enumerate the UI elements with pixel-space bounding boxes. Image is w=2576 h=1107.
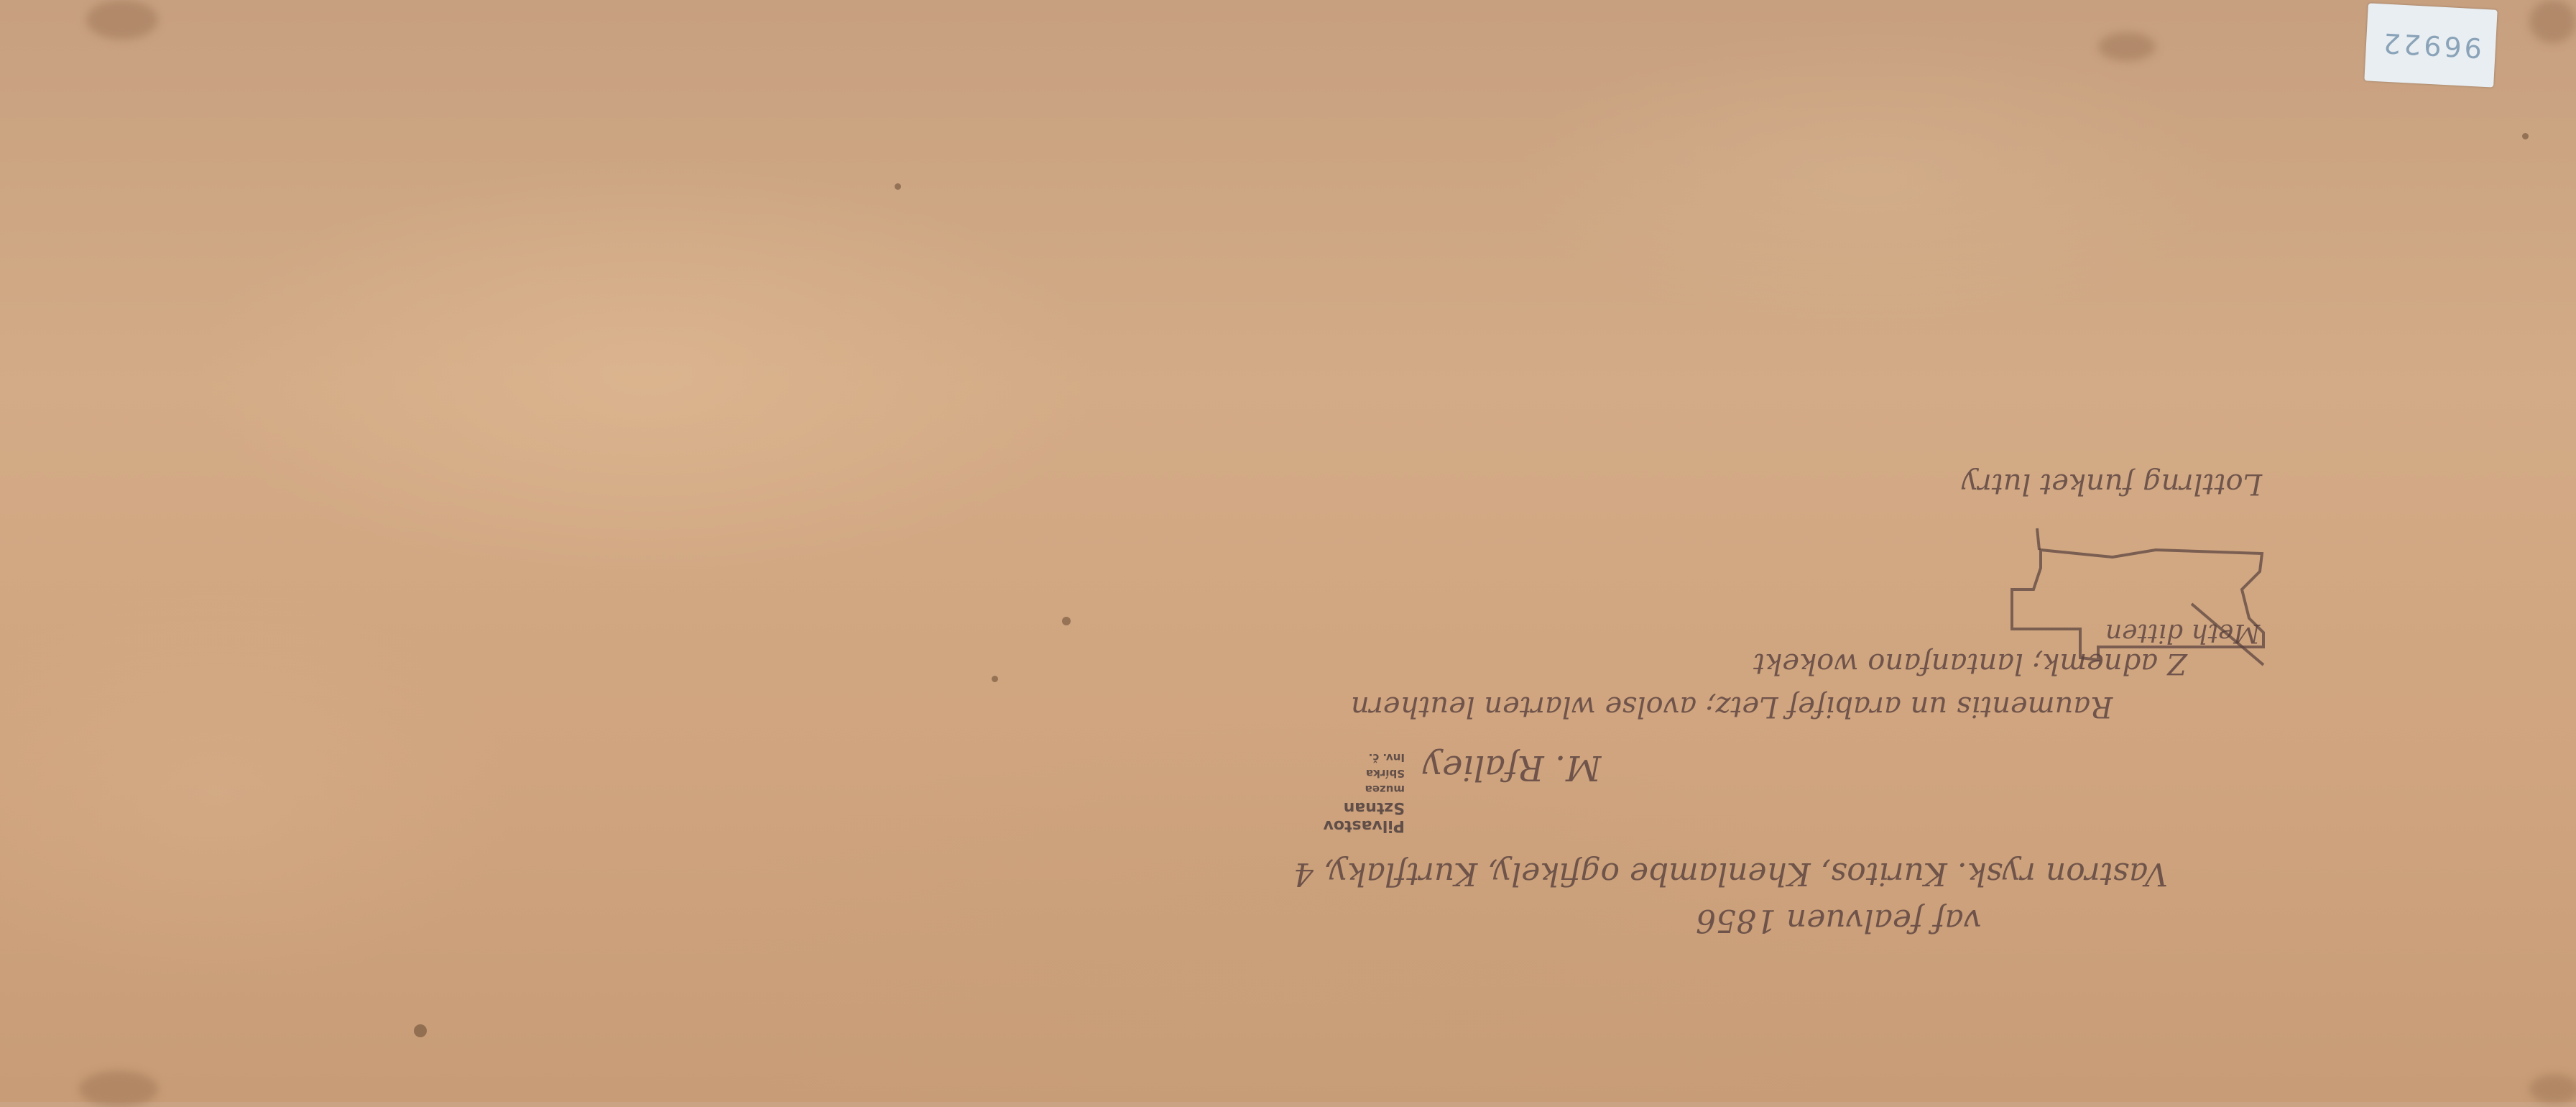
handwriting-line-1: Vastron rysk. Kuritos, Khenlambe ogfikel… xyxy=(1293,855,2168,892)
stamp-line-4: Inv. č. xyxy=(1261,751,1405,764)
stamp-line-1: Pilvastov Sztnan xyxy=(1261,799,1405,835)
stain-bottom-left xyxy=(79,1071,158,1102)
handwriting-line-2: vaf fealvuen 1856 xyxy=(1696,902,1982,939)
stain-bottom-right xyxy=(2529,1075,2576,1102)
speck xyxy=(992,676,998,682)
map-outline-sketch xyxy=(2005,510,2278,676)
speck xyxy=(414,1024,427,1037)
stain-top-left xyxy=(86,0,158,40)
museum-stamp: Pilvastov Sztnan muzea Sbírka Inv. č. xyxy=(1261,712,1405,837)
paper-sheet: 96922 Vastron rysk. Kuritos, Khenlambe o… xyxy=(0,0,2576,1102)
speck xyxy=(1062,617,1071,625)
stamp-line-3: Sbírka xyxy=(1261,767,1405,780)
speck xyxy=(895,183,901,190)
handwriting-signature: M. Rfaliey xyxy=(1423,748,1601,788)
inventory-label: 96922 xyxy=(2364,3,2497,87)
handwriting-line-3: Raumentis un arabifef Letz; avolse wlart… xyxy=(1351,690,2113,723)
stamp-line-2: muzea xyxy=(1261,783,1405,796)
stain-top-right xyxy=(2529,0,2576,43)
speck xyxy=(2522,133,2529,139)
inventory-number: 96922 xyxy=(2379,27,2482,63)
handwriting-line-6: Lottlrng funket lutry xyxy=(1962,467,2262,500)
stain-top-mid xyxy=(2098,32,2156,61)
